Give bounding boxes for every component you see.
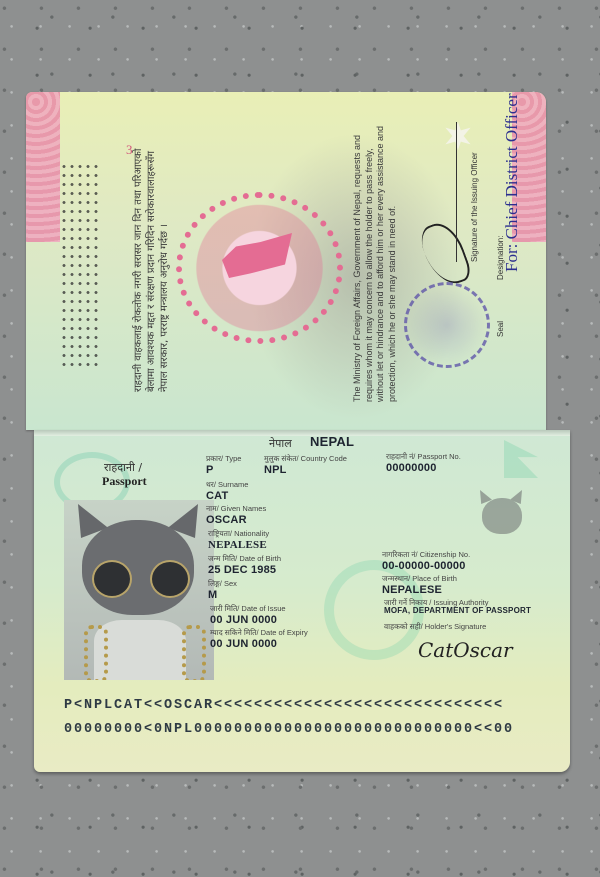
nepal-map-icon [222,233,292,278]
country-code-label: मुलुक संकेत/ Country Code [264,454,347,464]
surname-label: थर/ Surname [206,480,248,490]
english-request-text: The Ministry of Foreign Affairs, Governm… [352,126,398,402]
nepali-line: बेलामा आवश्यक मद्दत र संरक्षण प्रदान गरि… [145,149,158,392]
doc-type-nepali: राहदानी / [104,460,142,475]
nationality-value: NEPALESE [208,539,267,551]
passport-booklet: 3 राहदानी वाहकलाई रोकतोक नगरी सरासर जान … [26,92,570,772]
national-emblem-icon [176,192,343,344]
mrz-line-2: 00000000<0NPL000000000000000000000000000… [64,722,514,737]
office-stamp-icon [404,282,490,368]
pink-guilloche-strip [26,92,60,242]
type-label: प्रकार/ Type [206,454,241,464]
mrz-line-1: P<NPLCAT<<OSCAR<<<<<<<<<<<<<<<<<<<<<<<<<… [64,698,504,713]
sunglasses-icon [150,560,190,598]
holder-signature-value: CatOscar [418,638,513,662]
data-page: राहदानी / Passport नेपाल NEPAL प्रकार/ T… [34,430,570,772]
signature-line [456,122,457,262]
place-of-birth-value: NEPALESE [382,584,442,596]
request-page: 3 राहदानी वाहकलाई रोकतोक नगरी सरासर जान … [26,92,546,430]
holder-signature-label: वाहकको सही/ Holder's Signature [384,622,486,632]
country-english: NEPAL [310,434,354,449]
citizenship-no-value: 00-00000-00000 [382,560,466,572]
type-value: P [206,464,214,476]
sunglasses-icon [92,560,132,598]
page-hinge [34,430,570,436]
holder-photo [64,500,214,680]
nepali-request-text: राहदानी वाहकलाई रोकतोक नगरी सरासर जान दि… [132,149,171,392]
surname-value: CAT [206,490,228,502]
country-code-value: NPL [264,464,287,476]
expiry-date-label: म्याद सकिने मिति/ Date of Expiry [210,628,308,638]
citizenship-no-label: नागरिकता नं/ Citizenship No. [382,550,470,560]
signature-label: Signature of the Issuing Officer [470,152,479,262]
nepal-flag-icon [504,440,538,478]
english-line: protection, which he or she may stand in… [387,126,399,402]
ghost-photo [474,490,528,552]
nepali-line: राहदानी वाहकलाई रोकतोक नगरी सरासर जान दि… [132,149,145,392]
given-names-value: OSCAR [206,514,247,526]
gold-chain-icon [84,625,108,680]
designation-value: For: Chief District Officer [502,93,522,272]
issue-date-value: 00 JUN 0000 [210,614,277,626]
dob-label: जन्म मिति/ Date of Birth [208,554,281,564]
place-of-birth-label: जन्मस्थान/ Place of Birth [382,574,457,584]
perforated-number [60,162,100,372]
english-line: requires whom it may concern to allow th… [364,126,376,402]
issuing-authority-value: MOFA, DEPARTMENT OF PASSPORT [384,606,531,615]
issue-date-label: जारी मिति/ Date of Issue [210,604,286,614]
nationality-label: राष्ट्रियता/ Nationality [208,529,269,539]
doc-type-english: Passport [102,474,147,489]
seal-label: Seal [496,321,505,337]
dob-value: 25 DEC 1985 [208,564,276,576]
nepali-line: नेपाल सरकार, परराष्ट्र मन्त्रालय अनुरोध … [158,149,171,392]
country-nepali: नेपाल [269,436,292,451]
officer-signature [426,192,470,292]
cat-head-icon [482,498,522,534]
gold-chain-icon [182,625,206,680]
given-names-label: नाम/ Given Names [206,504,266,514]
sex-label: लिङ्ग/ Sex [208,579,237,589]
english-line: The Ministry of Foreign Affairs, Governm… [352,126,364,402]
passport-no-value: 00000000 [386,462,437,474]
expiry-date-value: 00 JUN 0000 [210,638,277,650]
english-line: without let or hindrance and to afford h… [375,126,387,402]
sex-value: M [208,589,217,601]
passport-no-label: राहदानी नं/ Passport No. [386,452,461,462]
